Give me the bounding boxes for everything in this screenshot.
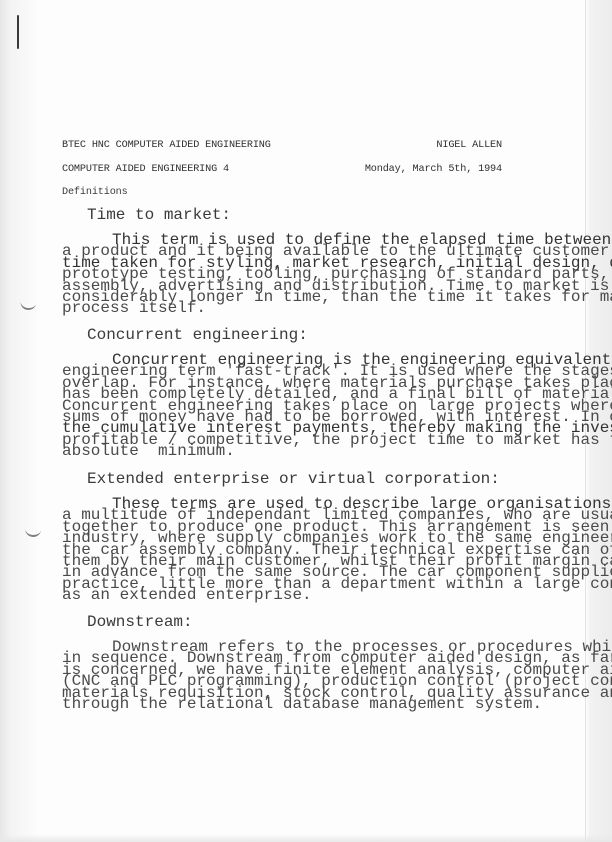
scan-shadow-left: [0, 0, 40, 842]
body-line: through the relational database manageme…: [62, 699, 502, 710]
section-title: Definitions: [62, 187, 502, 199]
definition-downstream: Downstream: Downstream refers to the pro…: [62, 616, 502, 710]
module-title: COMPUTER AIDED ENGINEERING 4: [62, 164, 229, 176]
pen-mark: [17, 15, 19, 49]
definition-time-to-market: Time to market: This term is used to def…: [62, 209, 502, 315]
definition-body: These terms are used to describe large o…: [62, 499, 502, 602]
definition-term: Concurrent engineering:: [87, 329, 502, 341]
definition-body: This term is used to define the elapsed …: [62, 235, 502, 315]
definition-body: Downstream refers to the processes or pr…: [62, 642, 502, 710]
definition-extended-enterprise: Extended enterprise or virtual corporati…: [62, 473, 502, 602]
definition-body: Concurrent engineering is the engineerin…: [62, 355, 502, 458]
scan-shadow-bottom: [0, 834, 612, 842]
course-title: BTEC HNC COMPUTER AIDED ENGINEERING: [62, 140, 271, 152]
definition-concurrent-engineering: Concurrent engineering: Concurrent engin…: [62, 329, 502, 458]
header-row-2: COMPUTER AIDED ENGINEERING 4 Monday, Mar…: [62, 164, 502, 176]
header-row-1: BTEC HNC COMPUTER AIDED ENGINEERING NIGE…: [62, 140, 502, 152]
author-name: NIGEL ALLEN: [436, 140, 502, 152]
definition-term: Time to market:: [87, 209, 502, 221]
document-page: BTEC HNC COMPUTER AIDED ENGINEERING NIGE…: [62, 140, 502, 199]
document-date: Monday, March 5th, 1994: [365, 164, 502, 176]
definition-term: Downstream:: [87, 616, 502, 628]
definition-term: Extended enterprise or virtual corporati…: [87, 473, 502, 485]
